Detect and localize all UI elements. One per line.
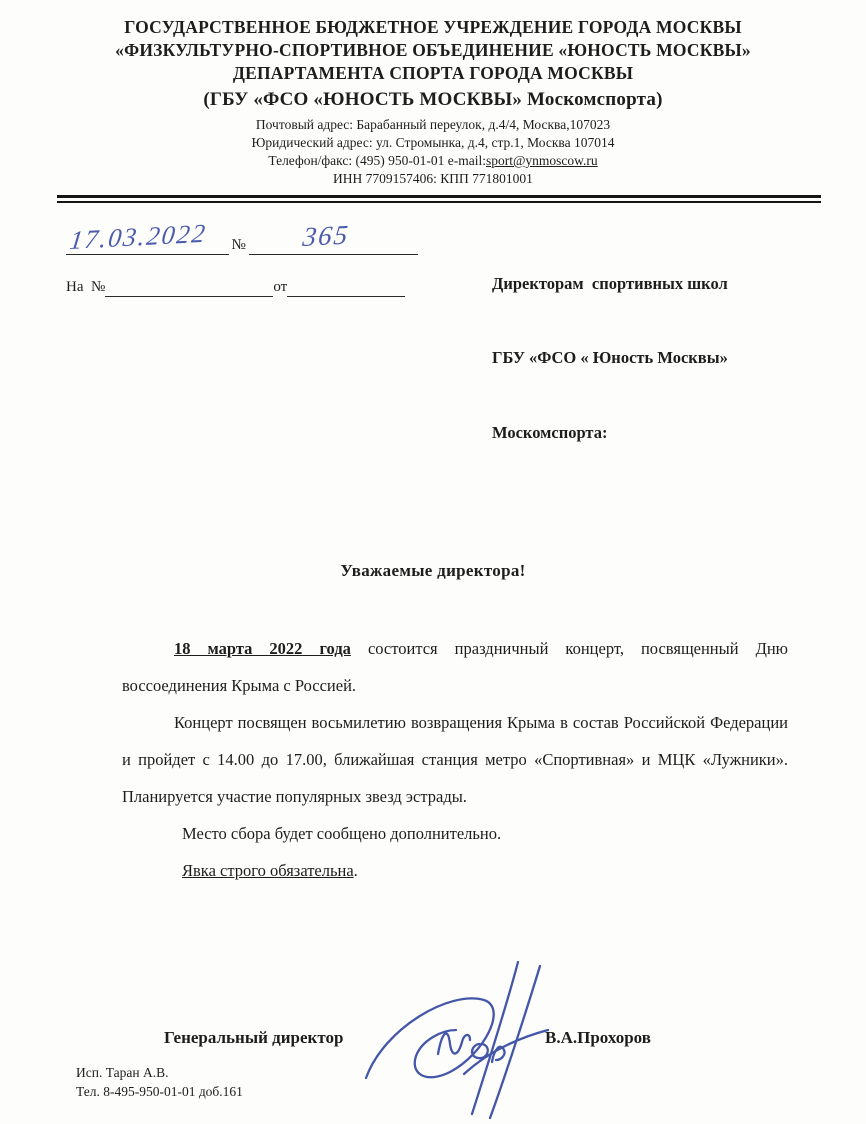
recipient-line-3: Москомспорта:	[492, 421, 794, 446]
signer-title: Генеральный директор	[164, 1028, 343, 1048]
from-label: от	[273, 279, 287, 297]
paragraph-3: Место сбора будет сообщено дополнительно…	[122, 816, 788, 853]
reference-block: 17.03.2022 № 365 На № от	[66, 215, 418, 495]
paragraph-4-period: .	[354, 861, 358, 880]
incoming-number-blank	[105, 275, 273, 297]
postal-address: Почтовый адрес: Барабанный переулок, д.4…	[0, 116, 866, 134]
event-date-emphasis: 18 марта 2022 года	[174, 639, 351, 658]
email-address: sport@ynmoscow.ru	[486, 153, 598, 168]
recipient-line-1: Директорам спортивных школ	[492, 272, 794, 297]
letter-body: 18 марта 2022 года состоится праздничный…	[122, 631, 788, 890]
executor-footer: Исп. Таран А.В. Тел. 8-495-950-01-01 доб…	[76, 1063, 243, 1102]
reference-and-recipient: 17.03.2022 № 365 На № от Директорам спор…	[66, 215, 794, 495]
handwritten-signature	[358, 958, 573, 1123]
letterhead: ГОСУДАРСТВЕННОЕ БЮДЖЕТНОЕ УЧРЕЖДЕНИЕ ГОР…	[0, 0, 866, 112]
executor-phone: Тел. 8-495-950-01-01 доб.161	[76, 1082, 243, 1102]
incoming-date-blank	[287, 275, 405, 297]
inn-kpp: ИНН 7709157406: КПП 771801001	[0, 170, 866, 188]
letterhead-divider	[57, 195, 821, 203]
salutation: Уважаемые директора!	[0, 561, 866, 581]
paragraph-1: 18 марта 2022 года состоится праздничный…	[122, 631, 788, 705]
paragraph-4: Явка строго обязательна.	[122, 853, 788, 890]
date-blank-line: 17.03.2022	[66, 215, 229, 255]
incoming-number-line: На № от	[66, 275, 418, 297]
phone-fax: Телефон/факс: (495) 950-01-01 e-mail:	[268, 153, 486, 168]
executor-name: Исп. Таран А.В.	[76, 1063, 243, 1083]
signer-name: В.А.Прохоров	[545, 1028, 651, 1048]
paragraph-2: Концерт посвящен восьмилетию возвращения…	[122, 705, 788, 816]
attendance-mandatory-emphasis: Явка строго обязательна	[182, 861, 354, 880]
recipient-line-2: ГБУ «ФСО « Юность Москвы»	[492, 346, 794, 371]
org-name-line-4: (ГБУ «ФСО «ЮНОСТЬ МОСКВЫ» Москомспорта)	[0, 87, 866, 112]
recipient-block: Директорам спортивных школ ГБУ «ФСО « Юн…	[492, 215, 794, 495]
legal-address: Юридический адрес: ул. Стромынка, д.4, с…	[0, 134, 866, 152]
number-sign-label: №	[229, 237, 248, 255]
letterhead-contacts: Почтовый адрес: Барабанный переулок, д.4…	[0, 116, 866, 187]
on-number-label: На №	[66, 279, 105, 297]
number-blank-line: 365	[249, 215, 418, 255]
org-name-line-1: ГОСУДАРСТВЕННОЕ БЮДЖЕТНОЕ УЧРЕЖДЕНИЕ ГОР…	[0, 16, 866, 39]
handwritten-number: 365	[301, 219, 351, 253]
handwritten-date: 17.03.2022	[68, 218, 209, 255]
outgoing-number-line: 17.03.2022 № 365	[66, 215, 418, 255]
phone-email-line: Телефон/факс: (495) 950-01-01 e-mail:spo…	[0, 152, 866, 170]
scanned-letter-page: ГОСУДАРСТВЕННОЕ БЮДЖЕТНОЕ УЧРЕЖДЕНИЕ ГОР…	[0, 0, 866, 1124]
org-name-line-2: «ФИЗКУЛЬТУРНО-СПОРТИВНОЕ ОБЪЕДИНЕНИЕ «ЮН…	[0, 39, 866, 62]
org-name-line-3: ДЕПАРТАМЕНТА СПОРТА ГОРОДА МОСКВЫ	[0, 62, 866, 85]
